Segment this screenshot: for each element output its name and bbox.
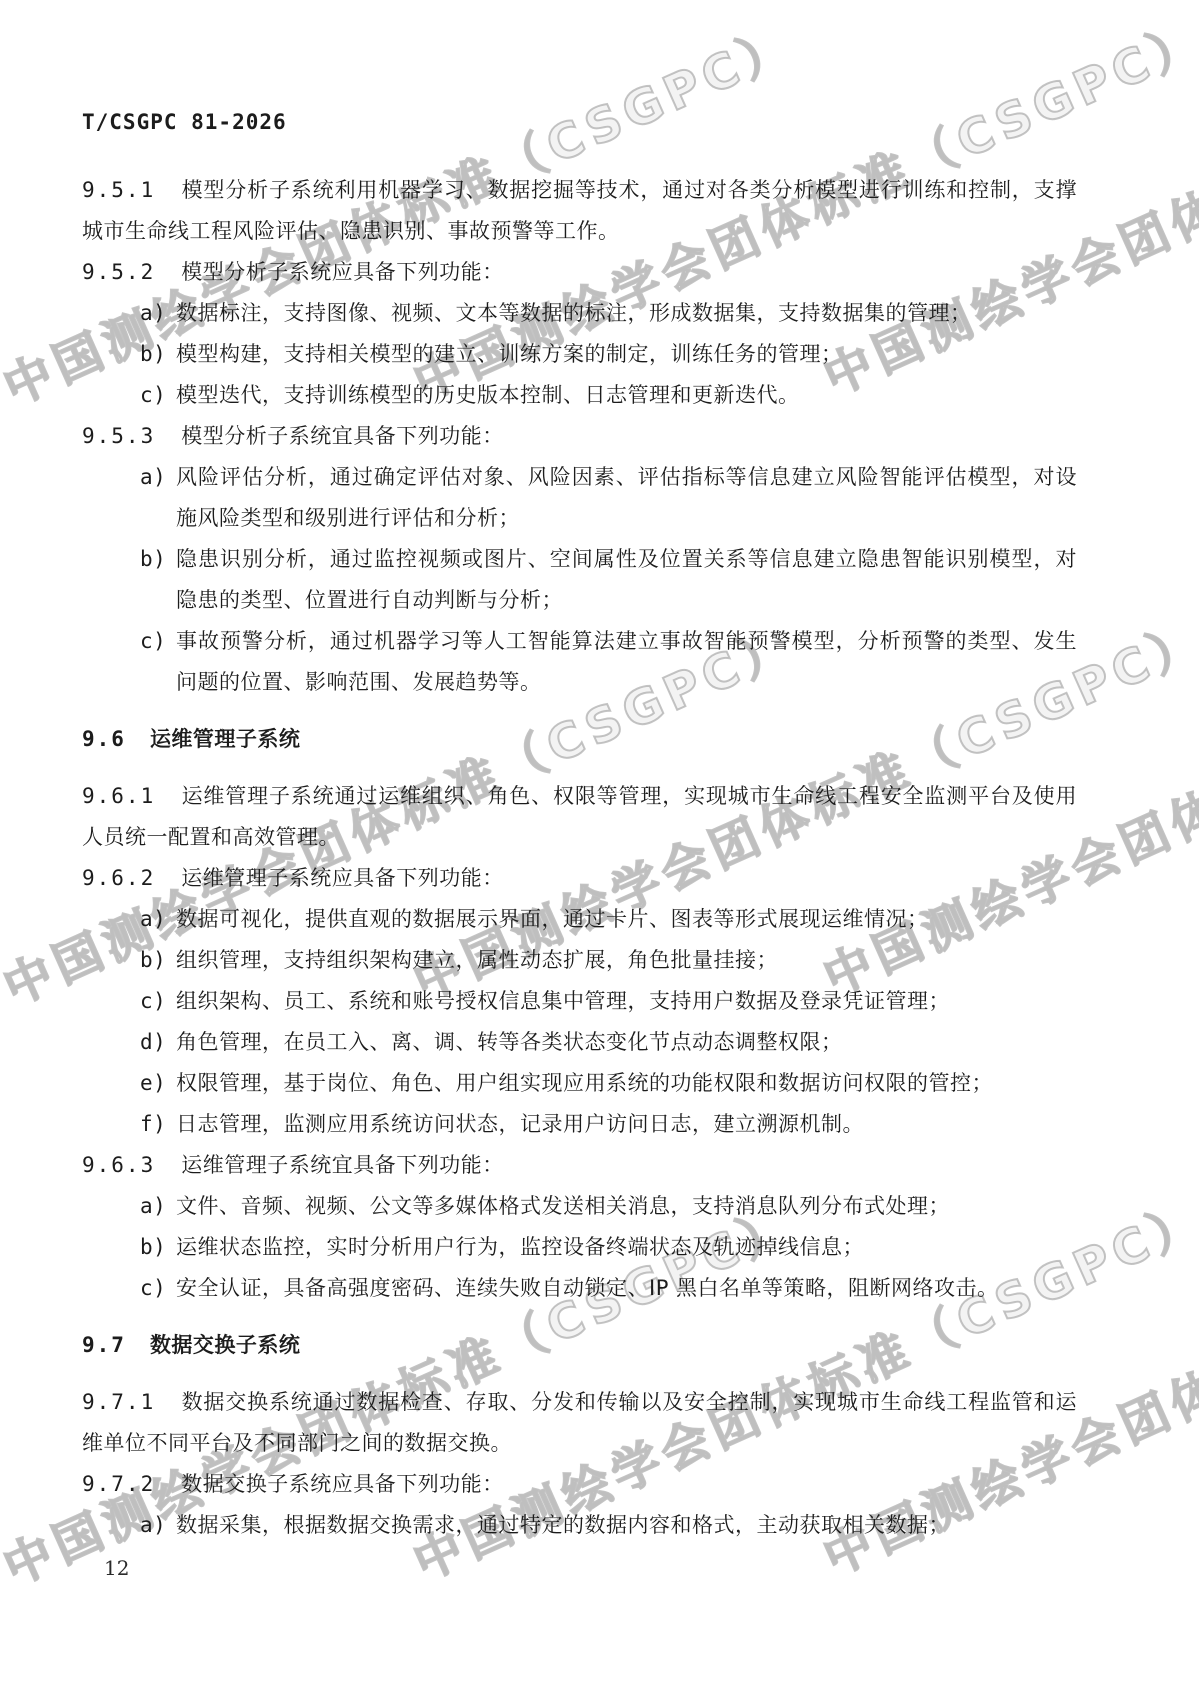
item-label: a) [140, 899, 166, 940]
list-item: a)数据标注，支持图像、视频、文本等数据的标注，形成数据集，支持数据集的管理； [140, 293, 1077, 334]
list-item: a)数据可视化，提供直观的数据展示界面，通过卡片、图表等形式展现运维情况； [140, 899, 1077, 940]
item-text: 文件、音频、视频、公文等多媒体格式发送相关消息，支持消息队列分布式处理； [176, 1194, 950, 1218]
clause-text: 运维管理子系统应具备下列功能： [181, 866, 504, 890]
item-label: a) [140, 1186, 166, 1227]
list-item: c)组织架构、员工、系统和账号授权信息集中管理，支持用户数据及登录凭证管理； [140, 981, 1077, 1022]
item-text: 组织管理，支持组织架构建立，属性动态扩展，角色批量挂接； [176, 948, 778, 972]
clause-number: 9.6.3 [82, 1153, 155, 1177]
clause-number: 9.7.2 [82, 1472, 155, 1496]
item-text: 日志管理，监测应用系统访问状态，记录用户访问日志，建立溯源机制。 [176, 1112, 864, 1136]
document-code-header: T/CSGPC 81-2026 [82, 108, 1077, 136]
clause-9-5-1: 9.5.1模型分析子系统利用机器学习、数据挖掘等技术，通过对各类分析模型进行训练… [82, 170, 1077, 252]
section-title: 运维管理子系统 [150, 727, 301, 751]
item-label: c) [140, 1268, 166, 1309]
clause-text: 模型分析子系统宜具备下列功能： [181, 424, 504, 448]
item-label: b) [140, 539, 166, 580]
section-heading-9-7: 9.7数据交换子系统 [82, 1325, 1077, 1366]
item-label: f) [140, 1104, 166, 1145]
clause-9-5-3: 9.5.3模型分析子系统宜具备下列功能： [82, 416, 1077, 457]
clause-9-5-2-list: a)数据标注，支持图像、视频、文本等数据的标注，形成数据集，支持数据集的管理； … [140, 293, 1077, 416]
list-item: e)权限管理，基于岗位、角色、用户组实现应用系统的功能权限和数据访问权限的管控； [140, 1063, 1077, 1104]
clause-9-6-2-list: a)数据可视化，提供直观的数据展示界面，通过卡片、图表等形式展现运维情况； b)… [140, 899, 1077, 1145]
item-text: 角色管理，在员工入、离、调、转等各类状态变化节点动态调整权限； [176, 1030, 843, 1054]
item-text: 隐患识别分析，通过监控视频或图片、空间属性及位置关系等信息建立隐患智能识别模型，… [176, 547, 1077, 612]
item-label: d) [140, 1022, 166, 1063]
clause-text: 运维管理子系统通过运维组织、角色、权限等管理，实现城市生命线工程安全监测平台及使… [82, 784, 1077, 849]
clause-number: 9.7.1 [82, 1390, 155, 1414]
list-item: b)隐患识别分析，通过监控视频或图片、空间属性及位置关系等信息建立隐患智能识别模… [140, 539, 1077, 621]
clause-9-6-3: 9.6.3运维管理子系统宜具备下列功能： [82, 1145, 1077, 1186]
item-text: 数据标注，支持图像、视频、文本等数据的标注，形成数据集，支持数据集的管理； [176, 301, 972, 325]
clause-number: 9.5.2 [82, 260, 155, 284]
list-item: d)角色管理，在员工入、离、调、转等各类状态变化节点动态调整权限； [140, 1022, 1077, 1063]
item-label: a) [140, 293, 166, 334]
clause-number: 9.5.3 [82, 424, 155, 448]
section-title: 数据交换子系统 [150, 1333, 301, 1357]
list-item: a)数据采集，根据数据交换需求，通过特定的数据内容和格式，主动获取相关数据； [140, 1505, 1077, 1546]
item-label: a) [140, 457, 166, 498]
item-label: c) [140, 981, 166, 1022]
list-item: f)日志管理，监测应用系统访问状态，记录用户访问日志，建立溯源机制。 [140, 1104, 1077, 1145]
clause-9-6-2: 9.6.2运维管理子系统应具备下列功能： [82, 858, 1077, 899]
item-label: b) [140, 1227, 166, 1268]
document-body: T/CSGPC 81-2026 9.5.1模型分析子系统利用机器学习、数据挖掘等… [82, 108, 1077, 1546]
clause-9-7-2-list: a)数据采集，根据数据交换需求，通过特定的数据内容和格式，主动获取相关数据； [140, 1505, 1077, 1546]
item-label: b) [140, 334, 166, 375]
item-text: 运维状态监控，实时分析用户行为，监控设备终端状态及轨迹掉线信息； [176, 1235, 864, 1259]
item-label: c) [140, 375, 166, 416]
item-text: 模型迭代，支持训练模型的历史版本控制、日志管理和更新迭代。 [176, 383, 800, 407]
item-label: b) [140, 940, 166, 981]
list-item: a)文件、音频、视频、公文等多媒体格式发送相关消息，支持消息队列分布式处理； [140, 1186, 1077, 1227]
list-item: a)风险评估分析，通过确定评估对象、风险因素、评估指标等信息建立风险智能评估模型… [140, 457, 1077, 539]
document-page: 中国测绘学会团体标准（CSGPC） 中国测绘学会团体标准（CSGPC） 中国测绘… [0, 0, 1199, 1696]
list-item: b)组织管理，支持组织架构建立，属性动态扩展，角色批量挂接； [140, 940, 1077, 981]
item-label: c) [140, 621, 166, 662]
clause-9-7-2: 9.7.2数据交换子系统应具备下列功能： [82, 1464, 1077, 1505]
clause-9-5-2: 9.5.2模型分析子系统应具备下列功能： [82, 252, 1077, 293]
clause-number: 9.5.1 [82, 178, 155, 202]
item-text: 风险评估分析，通过确定评估对象、风险因素、评估指标等信息建立风险智能评估模型，对… [176, 465, 1077, 530]
item-text: 权限管理，基于岗位、角色、用户组实现应用系统的功能权限和数据访问权限的管控； [176, 1071, 993, 1095]
clause-9-7-1: 9.7.1数据交换系统通过数据检查、存取、分发和传输以及安全控制，实现城市生命线… [82, 1382, 1077, 1464]
list-item: c)模型迭代，支持训练模型的历史版本控制、日志管理和更新迭代。 [140, 375, 1077, 416]
item-text: 模型构建，支持相关模型的建立、训练方案的制定，训练任务的管理； [176, 342, 843, 366]
item-text: 数据可视化，提供直观的数据展示界面，通过卡片、图表等形式展现运维情况； [176, 907, 929, 931]
section-heading-9-6: 9.6运维管理子系统 [82, 719, 1077, 760]
clause-text: 数据交换系统通过数据检查、存取、分发和传输以及安全控制，实现城市生命线工程监管和… [82, 1390, 1077, 1455]
item-label: a) [140, 1505, 166, 1546]
section-number: 9.7 [82, 1333, 126, 1357]
item-label: e) [140, 1063, 166, 1104]
list-item: c)安全认证，具备高强度密码、连续失败自动锁定、IP 黑白名单等策略，阻断网络攻… [140, 1268, 1077, 1309]
clause-number: 9.6.1 [82, 784, 155, 808]
list-item: c)事故预警分析，通过机器学习等人工智能算法建立事故智能预警模型，分析预警的类型… [140, 621, 1077, 703]
clause-9-6-3-list: a)文件、音频、视频、公文等多媒体格式发送相关消息，支持消息队列分布式处理； b… [140, 1186, 1077, 1309]
clause-text: 模型分析子系统利用机器学习、数据挖掘等技术，通过对各类分析模型进行训练和控制，支… [82, 178, 1077, 243]
section-number: 9.6 [82, 727, 126, 751]
clause-text: 运维管理子系统宜具备下列功能： [181, 1153, 504, 1177]
clause-text: 模型分析子系统应具备下列功能： [181, 260, 504, 284]
list-item: b)运维状态监控，实时分析用户行为，监控设备终端状态及轨迹掉线信息； [140, 1227, 1077, 1268]
item-text: 数据采集，根据数据交换需求，通过特定的数据内容和格式，主动获取相关数据； [176, 1513, 950, 1537]
clause-number: 9.6.2 [82, 866, 155, 890]
list-item: b)模型构建，支持相关模型的建立、训练方案的制定，训练任务的管理； [140, 334, 1077, 375]
item-text: 组织架构、员工、系统和账号授权信息集中管理，支持用户数据及登录凭证管理； [176, 989, 950, 1013]
clause-text: 数据交换子系统应具备下列功能： [181, 1472, 504, 1496]
clause-9-5-3-list: a)风险评估分析，通过确定评估对象、风险因素、评估指标等信息建立风险智能评估模型… [140, 457, 1077, 703]
clause-9-6-1: 9.6.1运维管理子系统通过运维组织、角色、权限等管理，实现城市生命线工程安全监… [82, 776, 1077, 858]
page-number: 12 [104, 1553, 129, 1583]
item-text: 事故预警分析，通过机器学习等人工智能算法建立事故智能预警模型，分析预警的类型、发… [176, 629, 1077, 694]
item-text: 安全认证，具备高强度密码、连续失败自动锁定、IP 黑白名单等策略，阻断网络攻击。 [176, 1276, 999, 1300]
